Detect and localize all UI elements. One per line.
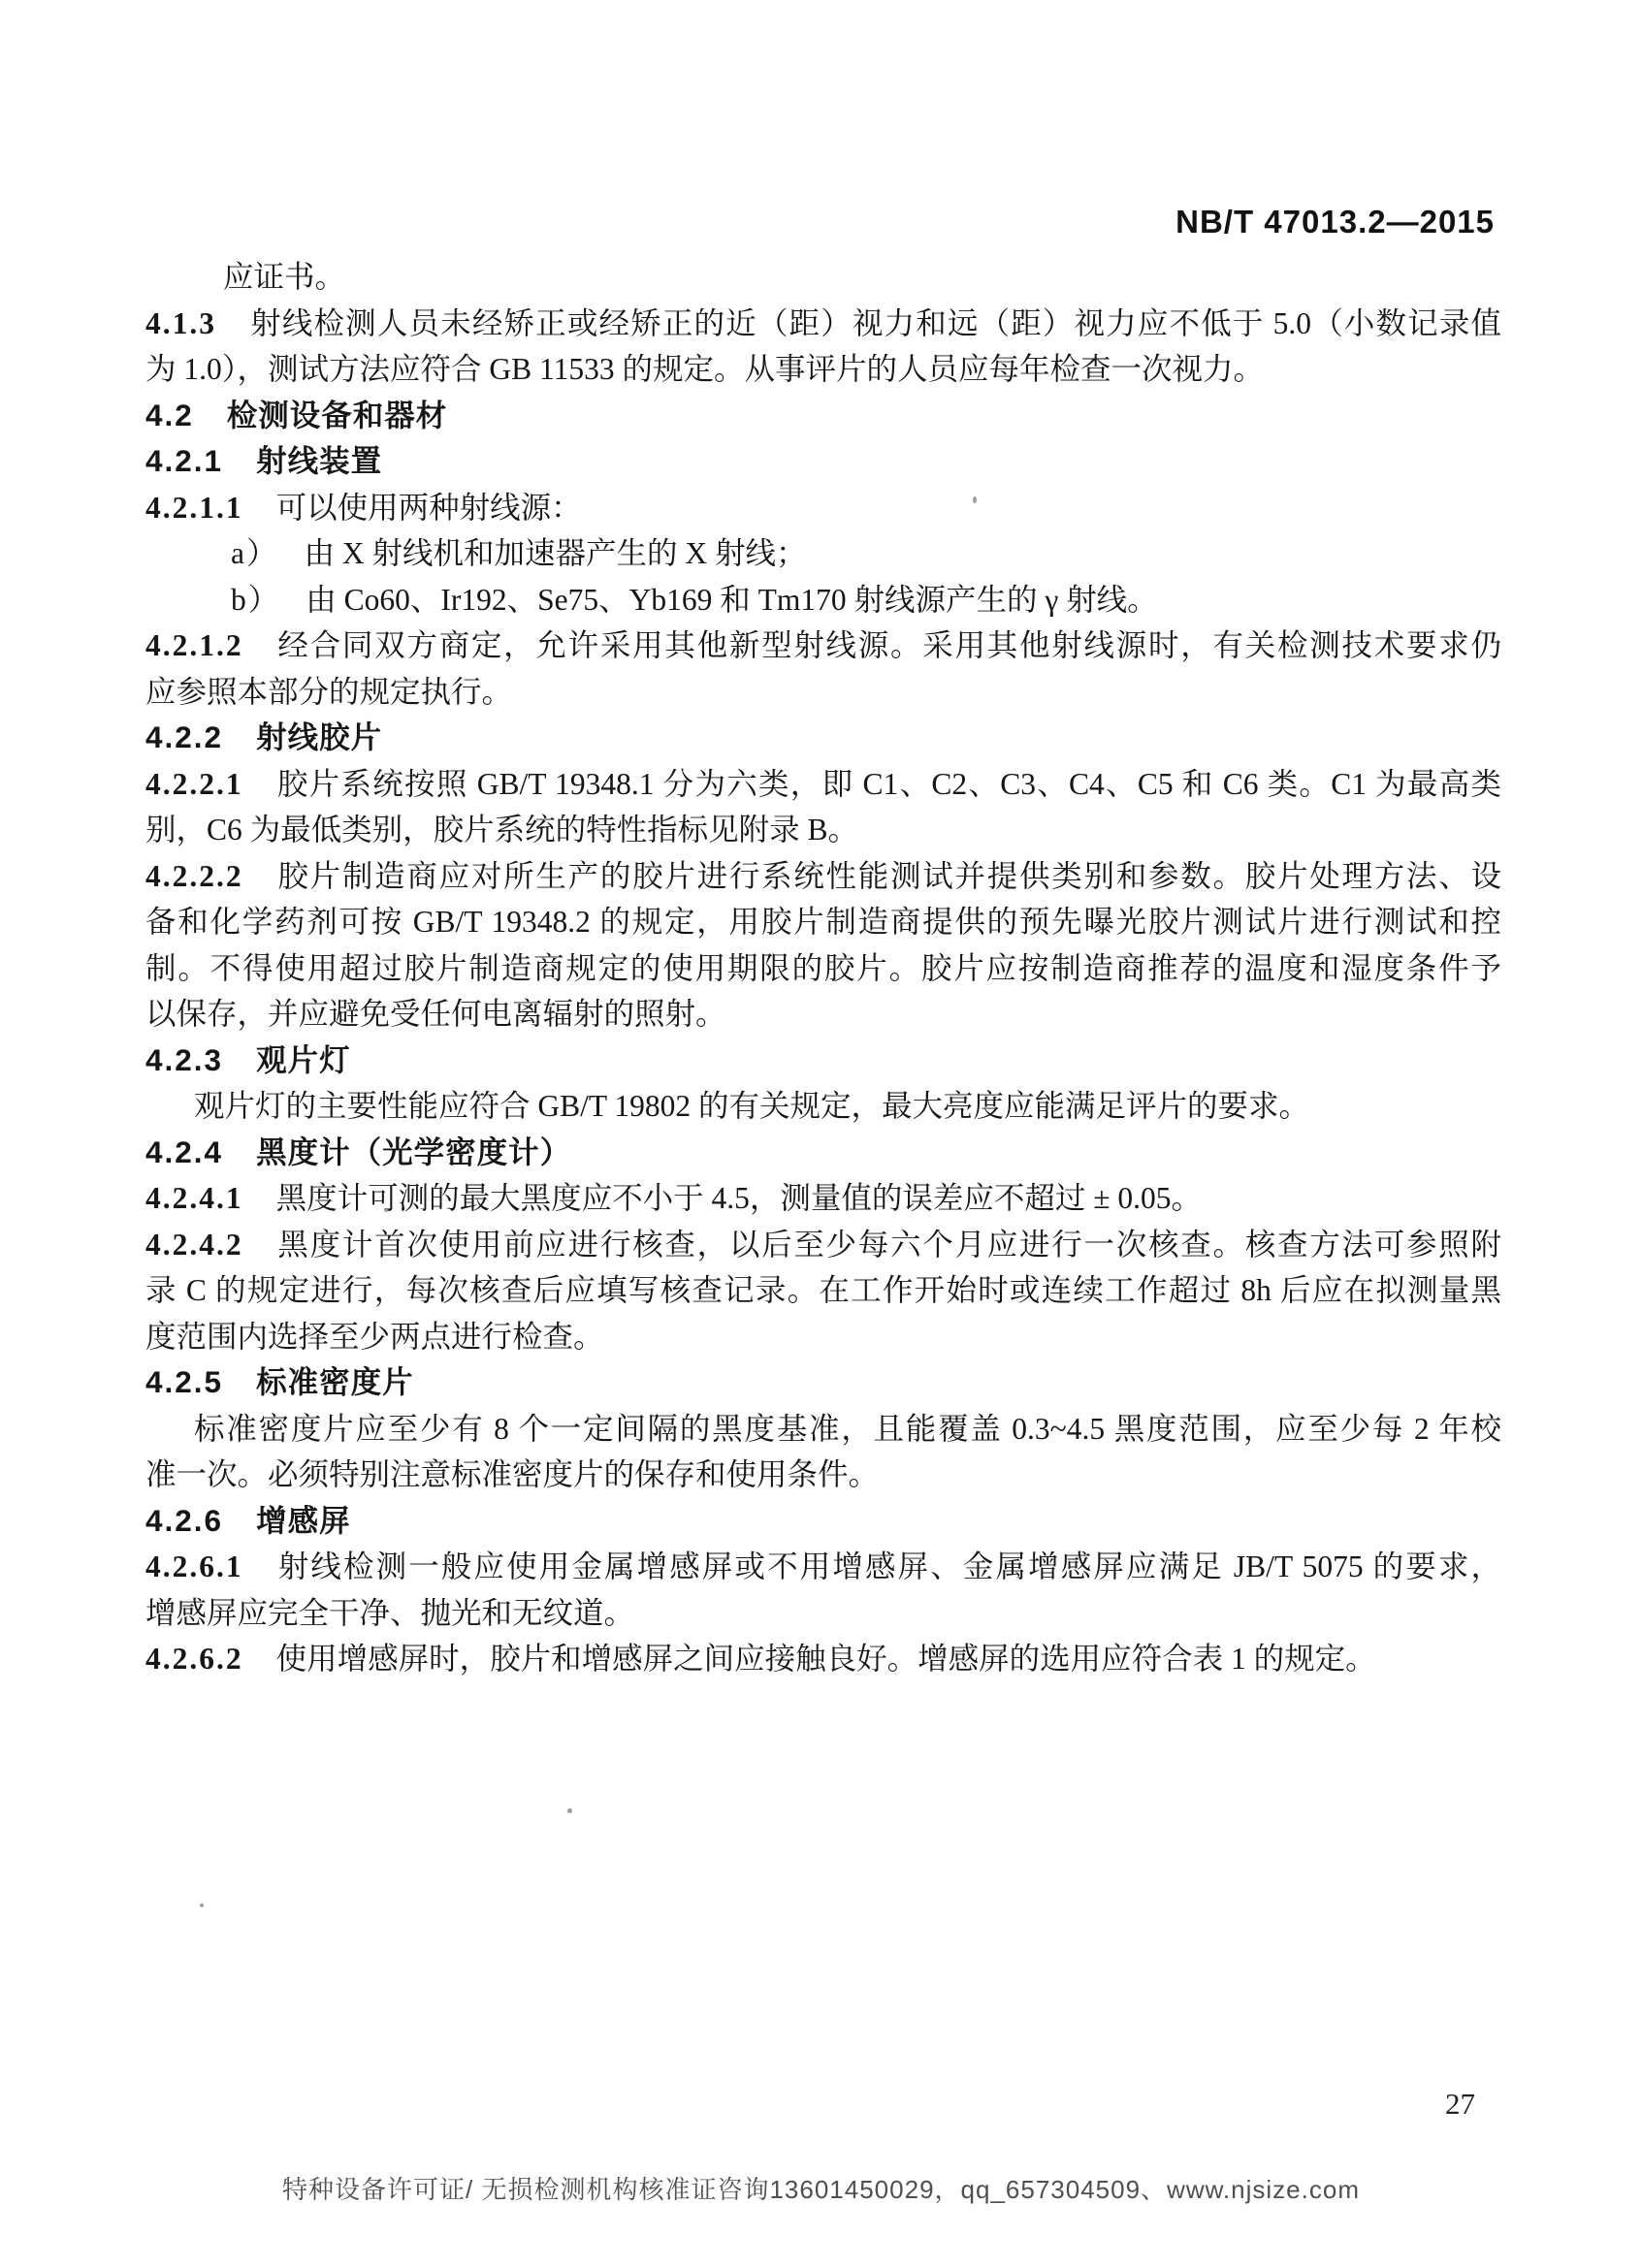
line-text: 胶片系统按照 GB/T 19348.1 分为六类，即 C1、C2、C3、C4、C…: [276, 767, 1501, 801]
line-text: 标准密度片: [256, 1364, 414, 1399]
clause-heading-line: 4.2.2射线胶片: [145, 715, 1501, 761]
document-body: 应证书。4.1.3射线检测人员未经矫正或经矫正的近（距）视力和远（距）视力应不低…: [145, 254, 1501, 1682]
clause-heading-line: 4.2.5标准密度片: [145, 1359, 1501, 1406]
line-text: 录 C 的规定进行，每次核查后应填写核查记录。在工作开始时或连续工作超过 8h …: [145, 1273, 1501, 1307]
line-text: 增感屏应完全干净、抛光和无纹道。: [145, 1596, 634, 1630]
text-line: 别，C6 为最低类别，胶片系统的特性指标见附录 B。: [145, 807, 1501, 853]
clause-number: 4.2.4.2: [145, 1228, 243, 1262]
line-text: 观片灯: [256, 1042, 351, 1077]
line-text: 备和化学药剂可按 GB/T 19348.2 的规定，用胶片制造商提供的预先曝光胶…: [145, 905, 1501, 939]
page-number: 27: [1445, 2087, 1475, 2122]
text-line: 为 1.0），测试方法应符合 GB 11533 的规定。从事评片的人员应每年检查…: [145, 346, 1501, 393]
text-line: 制。不得使用超过胶片制造商规定的使用期限的胶片。胶片应按制造商推荐的温度和湿度条…: [145, 945, 1501, 992]
text-line: 4.2.1.2经合同双方商定，允许采用其他新型射线源。采用其他射线源时，有关检测…: [145, 623, 1501, 669]
line-text: 标准密度片应至少有 8 个一定间隔的黑度基准，且能覆盖 0.3~4.5 黑度范围…: [194, 1412, 1501, 1446]
line-text: 由 Co60、Ir192、Se75、Yb169 和 Tm170 射线源产生的 γ…: [306, 583, 1157, 617]
line-text: 黑度计可测的最大黑度应不小于 4.5，测量值的误差应不超过 ± 0.05。: [276, 1181, 1202, 1215]
line-text: 黑度计（光学密度计）: [256, 1134, 571, 1169]
line-text: 黑度计首次使用前应进行核查，以后至少每六个月应进行一次核查。核查方法可参照附: [276, 1228, 1501, 1262]
clause-number: 4.2: [145, 398, 194, 432]
text-line: 4.2.1.1可以使用两种射线源：: [145, 485, 1501, 531]
clause-number: 4.2.3: [145, 1042, 223, 1077]
text-line: b）由 Co60、Ir192、Se75、Yb169 和 Tm170 射线源产生的…: [145, 577, 1501, 623]
line-text: 为 1.0），测试方法应符合 GB 11533 的规定。从事评片的人员应每年检查…: [145, 352, 1264, 386]
clause-number: 4.2.1: [145, 443, 223, 478]
scan-speck: [973, 496, 977, 503]
clause-number: 4.2.2: [145, 719, 223, 754]
line-text: 由 X 射线机和加速器产生的 X 射线；: [304, 536, 806, 570]
line-text: 准一次。必须特别注意标准密度片的保存和使用条件。: [145, 1457, 879, 1491]
line-text: 观片灯的主要性能应符合 GB/T 19802 的有关规定，最大亮度应能满足评片的…: [194, 1089, 1309, 1123]
text-line: 录 C 的规定进行，每次核查后应填写核查记录。在工作开始时或连续工作超过 8h …: [145, 1267, 1501, 1314]
text-line: 应证书。: [145, 254, 1501, 301]
clause-number: 4.2.6.2: [145, 1642, 243, 1676]
line-text: 射线检测一般应使用金属增感屏或不用增感屏、金属增感屏应满足 JB/T 5075 …: [276, 1549, 1501, 1583]
text-line: 4.2.2.1胶片系统按照 GB/T 19348.1 分为六类，即 C1、C2、…: [145, 761, 1501, 808]
clause-number: 4.2.4: [145, 1134, 223, 1169]
text-line: 以保存，并应避免受任何电离辐射的照射。: [145, 991, 1501, 1038]
scanned-document-page: NB/T 47013.2—2015 应证书。4.1.3射线检测人员未经矫正或经矫…: [0, 0, 1642, 2268]
line-text: 增感屏: [256, 1503, 351, 1538]
line-text: 胶片制造商应对所生产的胶片进行系统性能测试并提供类别和参数。胶片处理方法、设: [276, 859, 1501, 893]
clause-heading-line: 4.2.4黑度计（光学密度计）: [145, 1130, 1501, 1176]
line-text: 可以使用两种射线源：: [276, 491, 582, 525]
line-text: 度范围内选择至少两点进行检查。: [145, 1320, 604, 1354]
text-line: a）由 X 射线机和加速器产生的 X 射线；: [145, 530, 1501, 577]
line-text: 以保存，并应避免受任何电离辐射的照射。: [145, 997, 726, 1031]
clause-heading-line: 4.2检测设备和器材: [145, 393, 1501, 439]
text-line: 度范围内选择至少两点进行检查。: [145, 1314, 1501, 1360]
text-line: 应参照本部分的规定执行。: [145, 669, 1501, 716]
clause-heading-line: 4.2.3观片灯: [145, 1038, 1501, 1084]
line-text: 射线检测人员未经矫正或经矫正的近（距）视力和远（距）视力应不低于 5.0（小数记…: [249, 306, 1501, 340]
line-text: 射线胶片: [256, 719, 382, 754]
clause-number: 4.2.1.2: [145, 628, 243, 662]
line-text: 经合同双方商定，允许采用其他新型射线源。采用其他射线源时，有关检测技术要求仍: [276, 628, 1501, 662]
text-line: 4.1.3射线检测人员未经矫正或经矫正的近（距）视力和远（距）视力应不低于 5.…: [145, 301, 1501, 347]
clause-heading-line: 4.2.6增感屏: [145, 1498, 1501, 1545]
line-text: 别，C6 为最低类别，胶片系统的特性指标见附录 B。: [145, 813, 858, 847]
scan-speck: [200, 1903, 204, 1907]
clause-number: 4.1.3: [145, 306, 216, 340]
text-line: 准一次。必须特别注意标准密度片的保存和使用条件。: [145, 1452, 1501, 1498]
clause-number: 4.2.2.1: [145, 767, 243, 801]
clause-number: 4.2.4.1: [145, 1181, 243, 1215]
text-line: 4.2.4.1黑度计可测的最大黑度应不小于 4.5，测量值的误差应不超过 ± 0…: [145, 1175, 1501, 1222]
document-number-header: NB/T 47013.2—2015: [1175, 204, 1495, 240]
text-line: 4.2.2.2胶片制造商应对所生产的胶片进行系统性能测试并提供类别和参数。胶片处…: [145, 853, 1501, 900]
clause-heading-line: 4.2.1射线装置: [145, 438, 1501, 485]
footer-watermark: 特种设备许可证/ 无损检测机构核准证咨询13601450029，qq_65730…: [0, 2170, 1642, 2206]
text-line: 4.2.4.2黑度计首次使用前应进行核查，以后至少每六个月应进行一次核查。核查方…: [145, 1222, 1501, 1268]
clause-number: b）: [231, 583, 280, 617]
scan-speck: [567, 1808, 572, 1813]
text-line: 4.2.6.2使用增感屏时，胶片和增感屏之间应接触良好。增感屏的选用应符合表 1…: [145, 1636, 1501, 1682]
clause-number: 4.2.6.1: [145, 1549, 243, 1583]
line-text: 使用增感屏时，胶片和增感屏之间应接触良好。增感屏的选用应符合表 1 的规定。: [276, 1642, 1376, 1676]
clause-number: a）: [231, 536, 278, 570]
line-text: 检测设备和器材: [227, 398, 448, 432]
text-line: 增感屏应完全干净、抛光和无纹道。: [145, 1590, 1501, 1637]
line-text: 应参照本部分的规定执行。: [145, 675, 512, 709]
text-line: 备和化学药剂可按 GB/T 19348.2 的规定，用胶片制造商提供的预先曝光胶…: [145, 899, 1501, 945]
line-text: 应证书。: [223, 260, 345, 294]
scan-speck: [384, 1208, 389, 1212]
text-line: 标准密度片应至少有 8 个一定间隔的黑度基准，且能覆盖 0.3~4.5 黑度范围…: [145, 1406, 1501, 1453]
line-text: 制。不得使用超过胶片制造商规定的使用期限的胶片。胶片应按制造商推荐的温度和湿度条…: [145, 951, 1501, 985]
clause-number: 4.2.1.1: [145, 491, 243, 525]
text-line: 4.2.6.1射线检测一般应使用金属增感屏或不用增感屏、金属增感屏应满足 JB/…: [145, 1544, 1501, 1590]
clause-number: 4.2.5: [145, 1364, 223, 1399]
clause-number: 4.2.2.2: [145, 859, 243, 893]
clause-number: 4.2.6: [145, 1503, 223, 1538]
line-text: 射线装置: [256, 443, 382, 478]
text-line: 观片灯的主要性能应符合 GB/T 19802 的有关规定，最大亮度应能满足评片的…: [145, 1083, 1501, 1130]
